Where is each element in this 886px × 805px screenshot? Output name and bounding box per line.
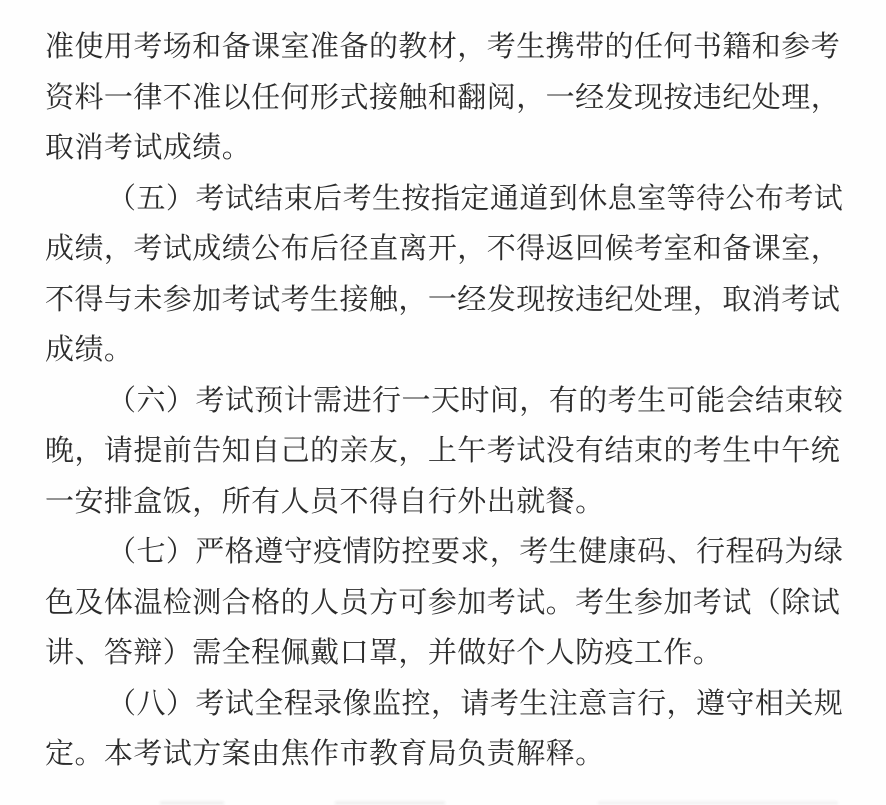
text-line: 晚，请提前告知自己的亲友，上午考试没有结束的考生中午统 (45, 425, 841, 476)
document-page: 准使用考场和备课室准备的教材，考生携带的任何书籍和参考 资料一律不准以任何形式接… (0, 0, 886, 805)
text-line: 色及体温检测合格的人员方可参加考试。考生参加考试（除试 (45, 577, 841, 628)
text-line: （六）考试预计需进行一天时间，有的考生可能会结束较 (45, 375, 841, 426)
text-line: （五）考试结束后考生按指定通道到休息室等待公布考试 (45, 173, 841, 224)
text-line: （八）考试全程录像监控，请考生注意言行，遵守相关规 (45, 678, 841, 729)
text-line: 成绩。 (45, 324, 841, 375)
text-line: 资料一律不准以任何形式接触和翻阅，一经发现按违纪处理， (45, 72, 841, 123)
text-line: 讲、答辩）需全程佩戴口罩，并做好个人防疫工作。 (45, 627, 841, 678)
cutoff-text-fragment (160, 801, 224, 805)
text-line: （七）严格遵守疫情防控要求，考生健康码、行程码为绿 (45, 526, 841, 577)
cutoff-text-fragment (335, 801, 445, 805)
text-line: 准使用考场和备课室准备的教材，考生携带的任何书籍和参考 (45, 21, 841, 72)
text-line: 成绩，考试成绩公布后径直离开，不得返回候考室和备课室， (45, 223, 841, 274)
paragraph-item-7: （七）严格遵守疫情防控要求，考生健康码、行程码为绿 色及体温检测合格的人员方可参… (45, 526, 841, 678)
text-line: 取消考试成绩。 (45, 122, 841, 173)
cutoff-text-fragment (598, 801, 838, 805)
text-line: 一安排盒饭，所有人员不得自行外出就餐。 (45, 476, 841, 527)
paragraph-continuation: 准使用考场和备课室准备的教材，考生携带的任何书籍和参考 资料一律不准以任何形式接… (45, 21, 841, 173)
text-line: 定。本考试方案由焦作市教育局负责解释。 (45, 728, 841, 779)
paragraph-item-8: （八）考试全程录像监控，请考生注意言行，遵守相关规 定。本考试方案由焦作市教育局… (45, 678, 841, 779)
next-line-cutoff (0, 799, 886, 805)
paragraph-item-5: （五）考试结束后考生按指定通道到休息室等待公布考试 成绩，考试成绩公布后径直离开… (45, 173, 841, 375)
paragraph-item-6: （六）考试预计需进行一天时间，有的考生可能会结束较 晚，请提前告知自己的亲友，上… (45, 375, 841, 527)
text-line: 不得与未参加考试考生接触，一经发现按违纪处理，取消考试 (45, 274, 841, 325)
